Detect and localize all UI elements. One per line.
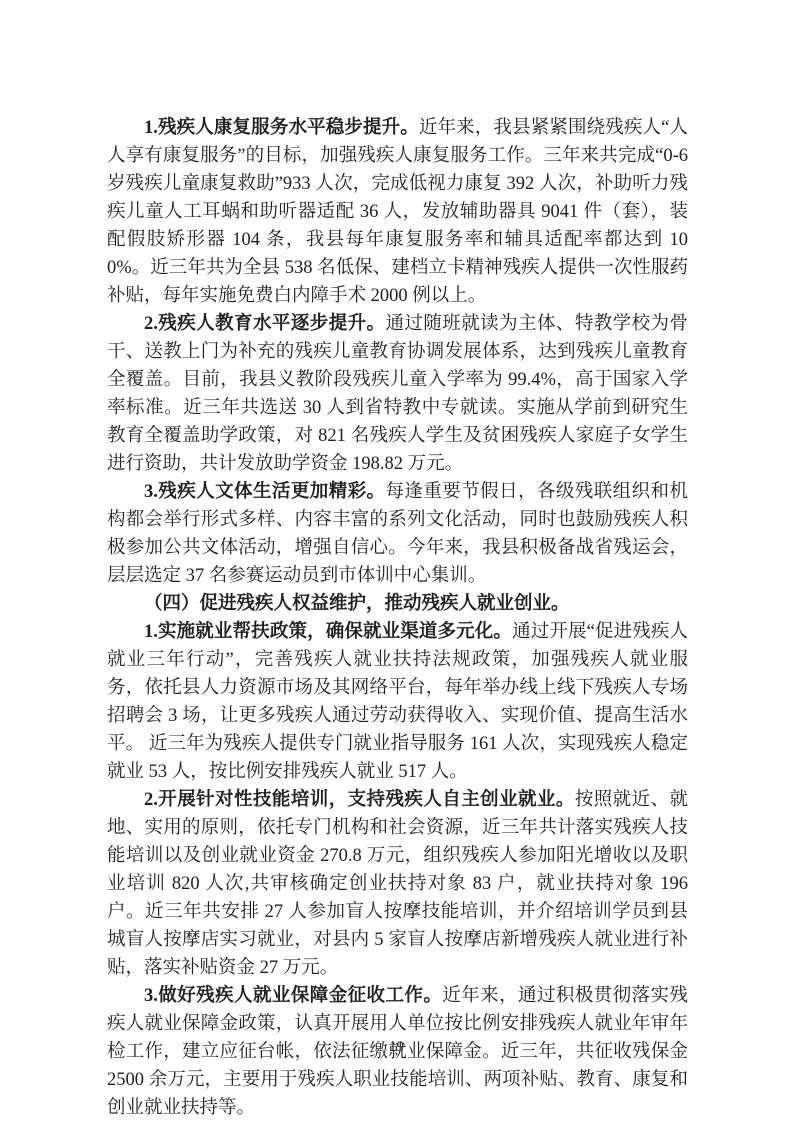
paragraph-text: 按照就近、就地、实用的原则，依托专门机构和社会资源，近三年共计落实残疾人技能培训… [107,790,688,978]
paragraph-text: 通过随班就读为主体、特教学校为骨干、送教上门为补充的残疾儿童教育协调发展体系，达… [107,314,688,474]
paragraph-lead: 2.开展针对性技能培训，支持残疾人自主创业就业。 [144,790,575,810]
paragraph-culture-sports: 3.残疾人文体生活更加精彩。每逢重要节假日，各级残联组织和机构都会举行形式多样、… [107,478,688,590]
page-number: 19 [0,1038,793,1056]
paragraph-employment-policy: 1.实施就业帮扶政策，确保就业渠道多元化。通过开展“促进残疾人就业三年行动”，完… [107,618,688,786]
paragraph-text: 近年来，我县紧紧围绕残疾人“人人享有康复服务”的目标，加强残疾人康复服务工作。三… [107,118,688,306]
paragraph-lead: 3.做好残疾人就业保障金征收工作。 [144,986,442,1006]
paragraph-text: 通过开展“促进残疾人就业三年行动”，完善残疾人就业扶持法规政策，加强残疾人就业服… [107,622,688,782]
document-page: 1.残疾人康复服务水平稳步提升。近年来，我县紧紧围绕残疾人“人人享有康复服务”的… [0,0,793,1122]
paragraph-rehab-services: 1.残疾人康复服务水平稳步提升。近年来，我县紧紧围绕残疾人“人人享有康复服务”的… [107,114,688,310]
section-heading-four: （四）促进残疾人权益维护，推动残疾人就业创业。 [107,590,688,618]
paragraph-skills-training: 2.开展针对性技能培训，支持残疾人自主创业就业。按照就近、就地、实用的原则，依托… [107,786,688,982]
paragraph-lead: 3.残疾人文体生活更加精彩。 [144,482,386,502]
paragraph-lead: 1.残疾人康复服务水平稳步提升。 [144,118,419,138]
paragraph-lead: 2.残疾人教育水平逐步提升。 [144,314,386,334]
paragraph-education: 2.残疾人教育水平逐步提升。通过随班就读为主体、特教学校为骨干、送教上门为补充的… [107,310,688,478]
paragraph-lead: 1.实施就业帮扶政策，确保就业渠道多元化。 [144,622,512,642]
document-body: 1.残疾人康复服务水平稳步提升。近年来，我县紧紧围绕残疾人“人人享有康复服务”的… [107,114,688,1122]
